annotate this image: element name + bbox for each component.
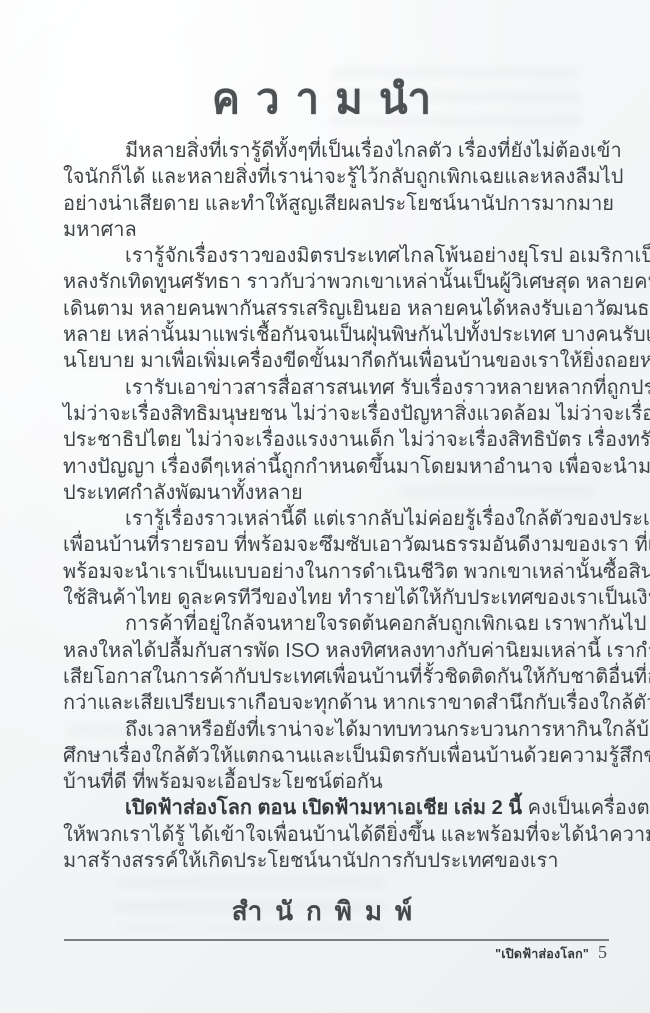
- text-line: หลงรักเทิดทูนศรัทธา ราวกับว่าพวกเขาเหล่า…: [63, 269, 611, 295]
- text-line: ถึงเวลาหรือยังที่เราน่าจะได้มาทบทวนกระบว…: [63, 717, 611, 743]
- footer-book-title: "เปิดฟ้าส่องโลก": [495, 944, 589, 964]
- text-line: กว่าและเสียเปรียบเราเกือบจะทุกด้าน หากเร…: [63, 690, 611, 716]
- text-line: ประเทศกำลังพัฒนาทั้งหลาย: [63, 480, 611, 506]
- text-line: อย่างน่าเสียดาย และทำให้สูญเสียผลประโยชน…: [63, 191, 611, 217]
- text-line: พร้อมจะนำเราเป็นแบบอย่างในการดำเนินชีวิต…: [63, 559, 611, 585]
- publisher-signature: สำนักพิมพ์: [0, 894, 650, 928]
- text-line: หลาย เหล่านั้นมาแพร่เชื้อกันจนเป็นฝุ่นพิ…: [63, 322, 611, 348]
- paragraph: มีหลายสิ่งที่เรารู้ดีทั้งๆที่เป็นเรื่องไ…: [63, 138, 611, 243]
- text-line: เดินตาม หลายคนพากันสรรเสริญเยินยอ หลายคน…: [63, 296, 611, 322]
- text-line: เรารู้จักเรื่องราวของมิตรประเทศไกลโพ้นอย…: [63, 243, 611, 269]
- text-line: เรารับเอาข่าวสารสื่อสารสนเทศ รับเรื่องรา…: [63, 375, 611, 401]
- text-line: มีหลายสิ่งที่เรารู้ดีทั้งๆที่เป็นเรื่องไ…: [63, 138, 611, 164]
- text-line: ใช้สินค้าไทย ดูละครทีวีของไทย ทำรายได้ให…: [63, 585, 611, 611]
- text-line: การค้าที่อยู่ใกล้จนหายใจรดต้นคอกลับถูกเพ…: [63, 611, 611, 637]
- body-text: มีหลายสิ่งที่เรารู้ดีทั้งๆที่เป็นเรื่องไ…: [63, 138, 611, 874]
- text-line: ใจนักก็ได้ และหลายสิ่งที่เราน่าจะรู้ไว้ก…: [63, 164, 611, 190]
- paragraph: เปิดฟ้าส่องโลก ตอน เปิดฟ้ามหาเอเชีย เล่ม…: [63, 795, 611, 874]
- text-line: มาสร้างสรรค์ให้เกิดประโยชน์นานัปการกับปร…: [63, 848, 611, 874]
- paragraph: เรารู้จักเรื่องราวของมิตรประเทศไกลโพ้นอย…: [63, 243, 611, 374]
- text-line: นโยบาย มาเพื่อเพิ่มเครื่องขีดขั้นมากีดกั…: [63, 348, 611, 374]
- footer-divider: [64, 939, 609, 941]
- text-line: เพื่อนบ้านที่รายรอบ ที่พร้อมจะซึมซับเอาว…: [63, 532, 611, 558]
- text-line: มหาศาล: [63, 217, 611, 243]
- paragraph: ถึงเวลาหรือยังที่เราน่าจะได้มาทบทวนกระบว…: [63, 717, 611, 796]
- text-line: ทางปัญญา เรื่องดีๆเหล่านี้ถูกกำหนดขึ้นมา…: [63, 454, 611, 480]
- paragraph: เรารับเอาข่าวสารสื่อสารสนเทศ รับเรื่องรา…: [63, 375, 611, 506]
- book-page: ความนำ มีหลายสิ่งที่เรารู้ดีทั้งๆที่เป็น…: [0, 0, 650, 1013]
- text-line: ให้พวกเราได้รู้ ได้เข้าใจเพื่อนบ้านได้ดี…: [63, 822, 611, 848]
- page-footer: "เปิดฟ้าส่องโลก" 5: [495, 942, 607, 964]
- paragraph: การค้าที่อยู่ใกล้จนหายใจรดต้นคอกลับถูกเพ…: [63, 611, 611, 716]
- text-line: หลงใหลได้ปลื้มกับสารพัด ISO หลงทิศหลงทาง…: [63, 638, 611, 664]
- page-title: ความนำ: [0, 70, 650, 128]
- text-line: ศึกษาเรื่องใกล้ตัวให้แตกฉานและเป็นมิตรกั…: [63, 743, 611, 769]
- footer-page-number: 5: [598, 942, 607, 963]
- text-line: ไม่ว่าจะเรื่องสิทธิมนุษยชน ไม่ว่าจะเรื่อ…: [63, 401, 611, 427]
- paragraph: เรารู้เรื่องราวเหล่านี้ดี แต่เรากลับไม่ค…: [63, 506, 611, 611]
- text-line: ประชาธิปไตย ไม่ว่าจะเรื่องแรงงานเด็ก ไม่…: [63, 427, 611, 453]
- text-line: เปิดฟ้าส่องโลก ตอน เปิดฟ้ามหาเอเชีย เล่ม…: [63, 795, 611, 821]
- text-line: เสียโอกาสในการค้ากับประเทศเพื่อนบ้านที่ร…: [63, 664, 611, 690]
- text-line: เรารู้เรื่องราวเหล่านี้ดี แต่เรากลับไม่ค…: [63, 506, 611, 532]
- text-line: บ้านที่ดี ที่พร้อมจะเอื้อประโยชน์ต่อกัน: [63, 769, 611, 795]
